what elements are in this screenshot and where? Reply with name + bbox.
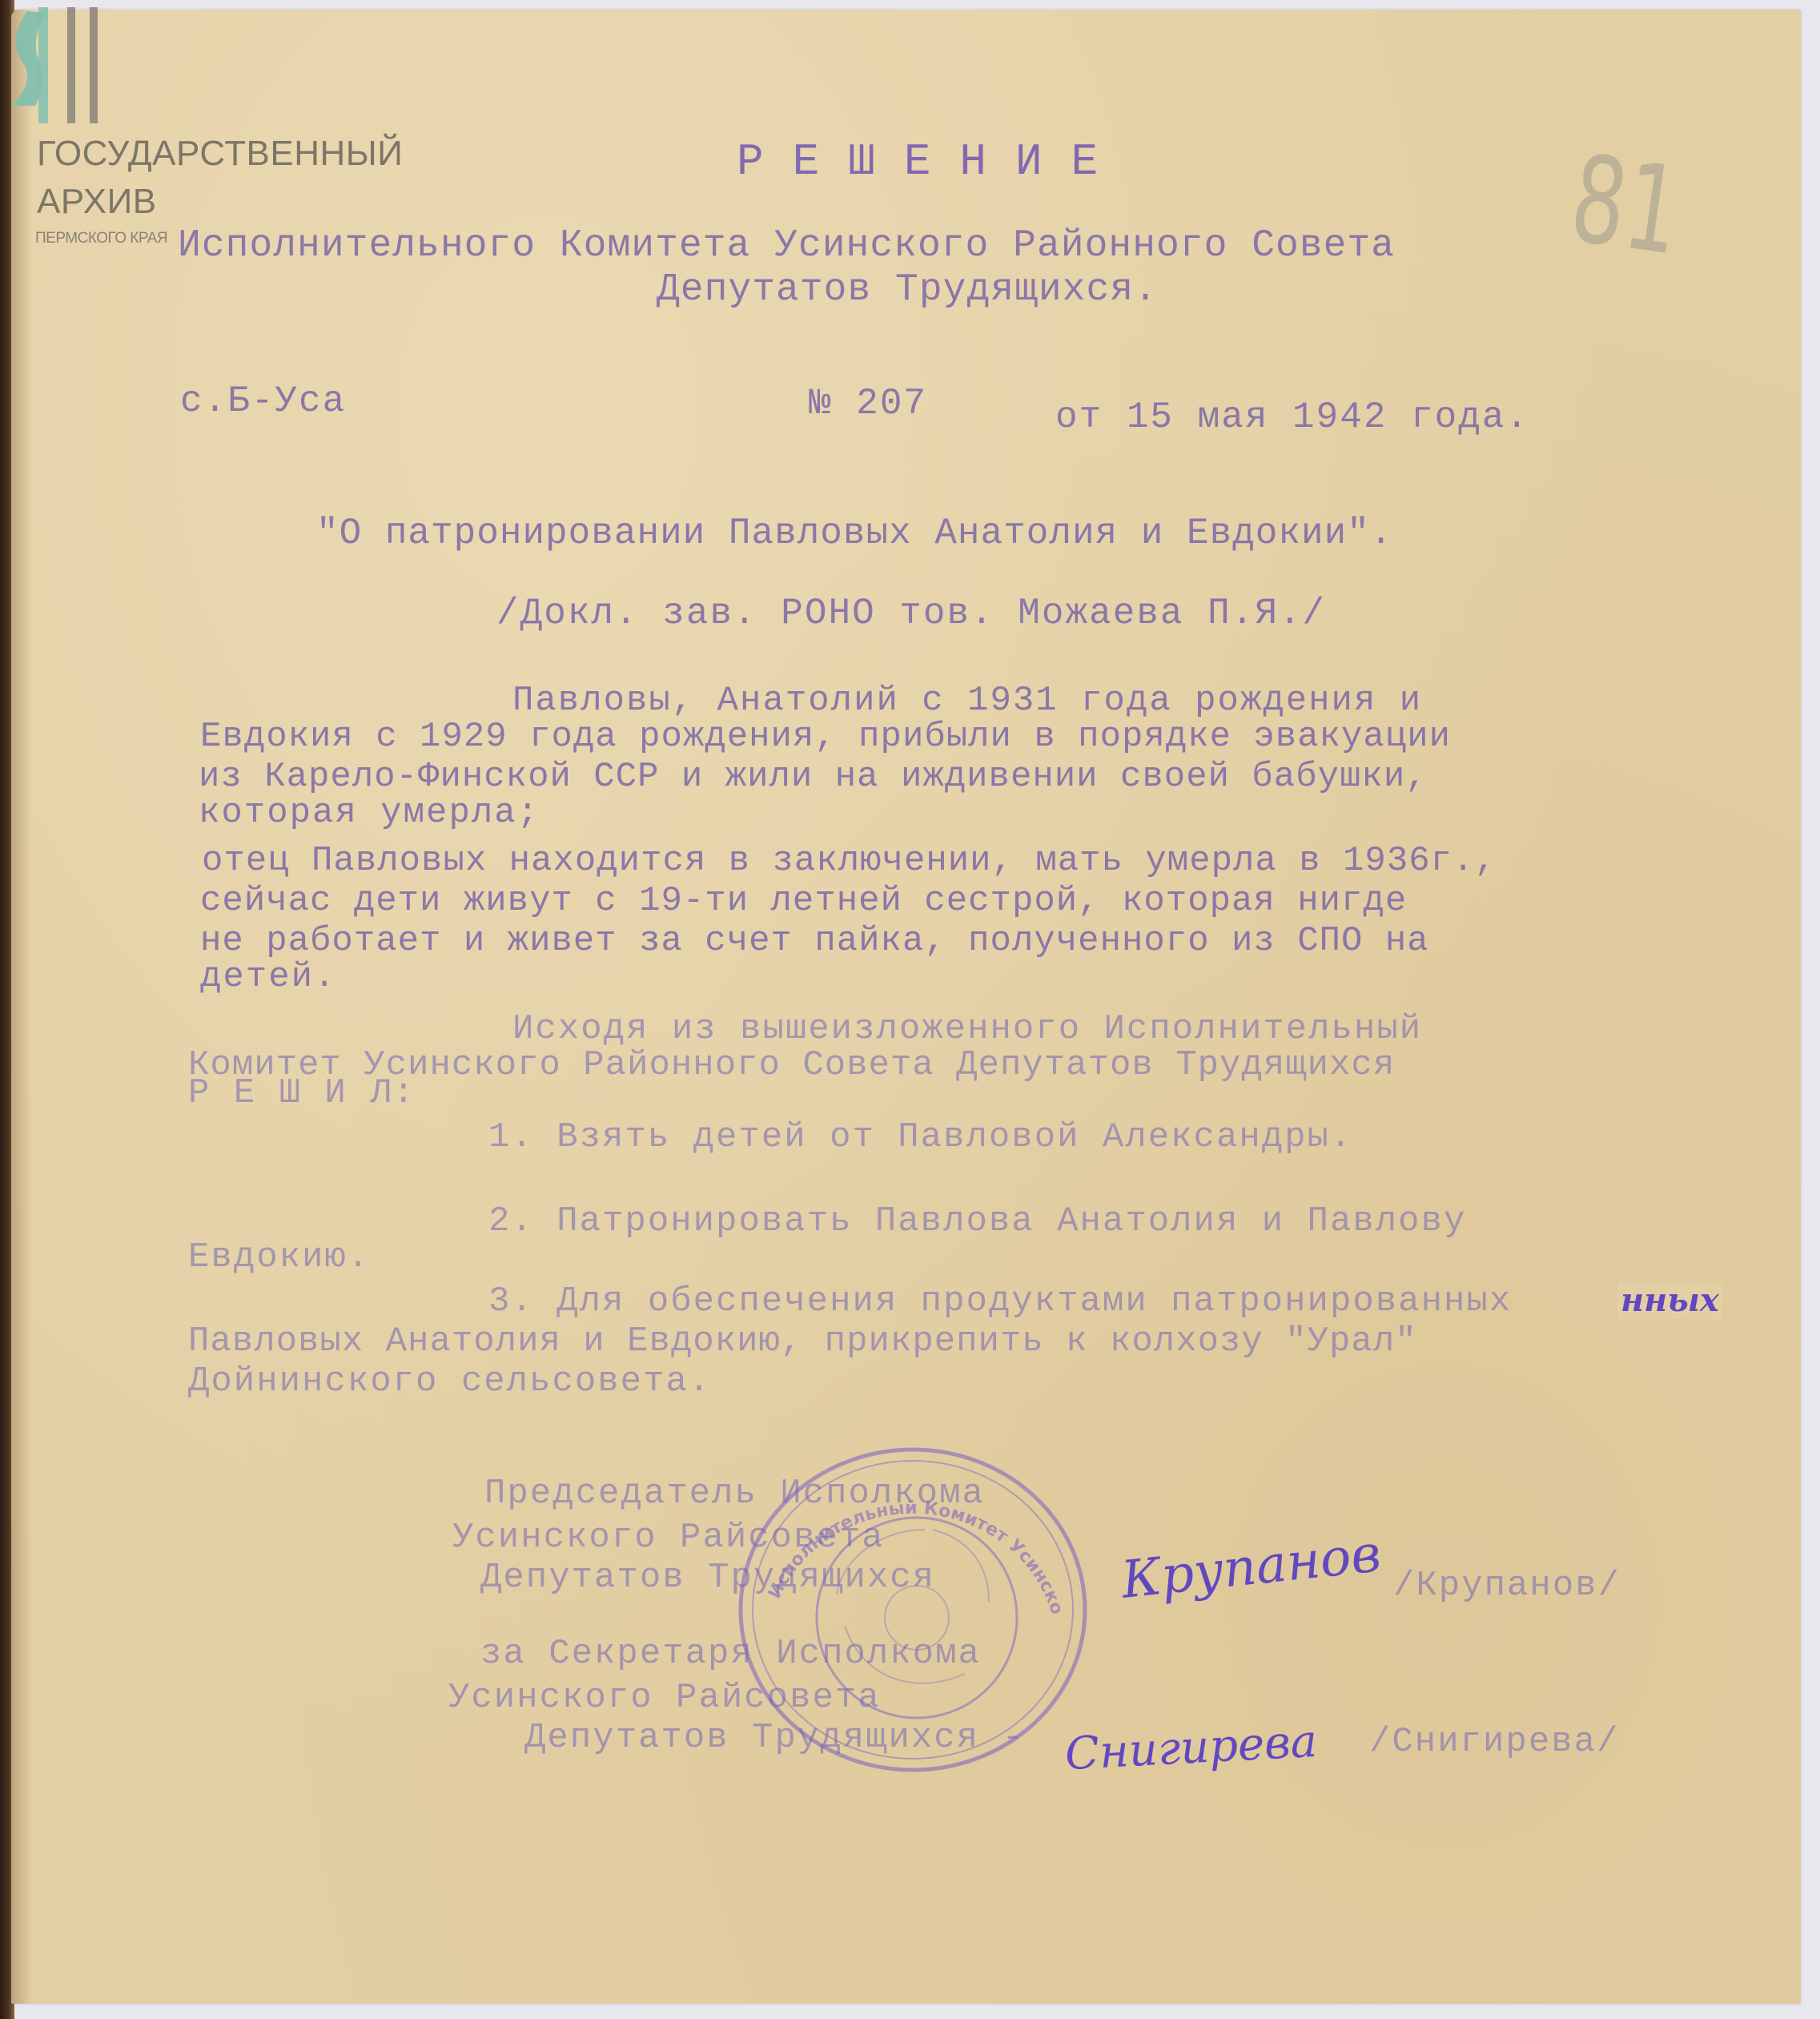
- secretary-name: /Снигирева/: [1369, 1722, 1619, 1762]
- document-reporter: /Докл. зав. РОНО тов. Можаева П.Я./: [496, 593, 1326, 634]
- sheet-number: 81: [1563, 130, 1689, 283]
- decision-item-2-cont: Евдокию.: [188, 1237, 370, 1277]
- page-spine-shadow: [11, 10, 32, 2004]
- document-title: РЕШЕНИЕ: [737, 136, 1127, 187]
- archive-logo-line3: ПЕРМСКОГО КРАЯ: [35, 230, 167, 247]
- document-date: от 15 мая 1942 года.: [1055, 396, 1529, 438]
- chairman-name: /Крупанов/: [1393, 1566, 1621, 1606]
- decision-item-3-cont: Дойнинского сельсовета.: [188, 1361, 711, 1402]
- decision-item-3: 3. Для обеспечения продуктами патрониров…: [488, 1281, 1512, 1321]
- archive-logo: ГОСУДАРСТВЕННЫЙ АРХИВ ПЕРМСКОГО КРАЯ: [0, 0, 448, 256]
- body-line: Евдокия с 1929 года рождения, прибыли в …: [200, 717, 1451, 757]
- preamble-line: Исходя из вышеизложенного Исполнительный: [512, 1009, 1422, 1049]
- document-number: № 207: [809, 383, 927, 424]
- issuer-line-1: Исполнительного Комитета Усинского Район…: [178, 224, 1395, 267]
- body-line: сейчас дети живут с 19-ти летней сестрой…: [200, 881, 1407, 921]
- body-line: Павловы, Анатолий с 1931 года рождения и: [512, 681, 1422, 721]
- official-seal-stamp: Исполнительный Комитет Усинского Районно…: [725, 1434, 1101, 1786]
- decision-item-2: 2. Патронировать Павлова Анатолия и Павл…: [488, 1201, 1466, 1241]
- archive-logo-line1: ГОСУДАРСТВЕННЫЙ: [37, 136, 403, 171]
- body-line: не работает и живет за счет пайка, получ…: [200, 921, 1429, 961]
- resolved-heading: Р Е Ш И Л:: [188, 1073, 416, 1113]
- decision-item-3-cont: Павловых Анатолия и Евдокию, прикрепить …: [188, 1321, 1417, 1361]
- handwritten-correction: нных: [1617, 1281, 1722, 1319]
- archive-logo-icon: [3, 3, 107, 123]
- body-line: которая умерла;: [199, 793, 540, 833]
- body-line: отец Павловых находится в заключении, ма…: [202, 841, 1497, 881]
- document-subject: "О патронировании Павловых Анатолия и Ев…: [316, 513, 1392, 554]
- place-of-issue: с.Б-Уса: [180, 380, 346, 422]
- archive-logo-line2: АРХИВ: [37, 184, 157, 219]
- issuer-line-2: Депутатов Трудящихся.: [657, 268, 1158, 312]
- body-line: детей.: [200, 957, 336, 997]
- body-line: из Карело-Финской ССР и жили на иждивени…: [199, 757, 1428, 797]
- decision-item-1: 1. Взять детей от Павловой Александры.: [488, 1117, 1352, 1157]
